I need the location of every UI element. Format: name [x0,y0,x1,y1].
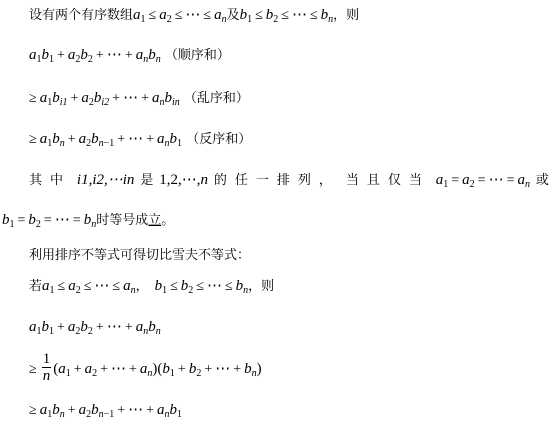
chebyshev-reverse-sum: ≥a1bn+a2bn−1+⋯+anb1 [29,401,182,420]
chebyshev-intro-line: 利用排序不等式可得切比雪夫不等式： [29,247,250,265]
term-anb1: anb1 [157,402,182,418]
chebyshev-ordered-sum: a1b1+a2b2+⋯+anbn [29,318,161,337]
math-b1: b1 [240,7,253,23]
le-symbol: ≤ [170,279,178,294]
random-sum-line: ≥a1bi1+a2bi2+⋯+anbin （乱序和） [29,89,249,108]
term-a2bn-1: a2bn−1 [79,131,115,147]
permutation-line: 其中 i1,i2,⋯in 是 1,2,⋯,n 的任一排列， 当且仅当 a1=a2… [29,171,549,190]
cdots-symbol: ⋯ [128,131,143,147]
math-b1: b1 [155,278,168,294]
cdots-symbol: ⋯ [94,278,109,294]
period: 。 [161,213,174,228]
one-over-n-fraction: 1n [42,351,52,384]
math-an: an [140,361,153,377]
math-a1: a1 [58,361,71,377]
chebyshev-premise-line: 若a1≤a2≤⋯≤an，b1≤b2≤⋯≤bn，则 [29,277,274,296]
term-a1bn: a1bn [40,131,65,147]
plus-symbol: + [129,362,137,377]
math-a2: a2 [68,278,81,294]
le-symbol: ≤ [149,8,157,23]
random-sum-label: （乱序和） [184,91,249,106]
le-symbol: ≤ [84,279,92,294]
term-anbin: anbin [152,90,180,106]
math-an: an [517,172,530,188]
ge-symbol: ≥ [29,132,37,147]
equality-text-underlined: 立 [148,213,161,228]
math-a1: a1 [133,7,146,23]
term-a1bn: a1bn [40,402,65,418]
plus-symbol: + [74,362,82,377]
term-anb1: anb1 [157,131,182,147]
term-a1b1: a1b1 [29,319,54,335]
cdots-symbol: ⋯ [107,319,122,335]
math-an: an [214,7,227,23]
math-bn: bn [84,212,97,228]
eq-symbol: = [18,213,26,228]
cdots-symbol: ⋯ [185,7,200,23]
ordered-sum-line: a1b1+a2b2+⋯+anbn （顺序和） [29,46,230,65]
is-text: 是 [140,172,153,190]
plus-symbol: + [57,48,65,63]
fraction-numerator: 1 [42,351,52,368]
math-b1: b1 [162,361,175,377]
le-symbol: ≤ [175,8,183,23]
premise-text: 设有两个有序数组 [29,8,133,23]
chebyshev-mean-product: ≥1n(a1+a2+⋯+an)(b1+b2+⋯+bn) [29,352,262,387]
math-a1: a1 [42,278,55,294]
term-a1b1: a1b1 [29,47,54,63]
fraction-denominator: n [42,368,52,384]
plus-symbol: + [141,91,149,106]
eq-symbol: = [451,173,459,188]
cdots-symbol: ⋯ [292,7,307,23]
eq-symbol: = [507,173,515,188]
term-anbn: anbn [136,47,161,63]
ge-symbol: ≥ [29,403,37,418]
eq-symbol: = [73,213,81,228]
chebyshev-intro-text: 利用排序不等式可得切比雪夫不等式： [29,248,250,263]
le-symbol: ≤ [58,279,66,294]
plus-symbol: + [204,362,212,377]
le-symbol: ≤ [203,8,211,23]
reverse-sum-label: （反序和） [186,132,251,147]
plus-symbol: + [178,362,186,377]
index-set: 1,2,⋯, [159,172,200,188]
math-an: an [123,278,136,294]
plus-symbol: + [96,320,104,335]
and-text: 及 [227,8,240,23]
plus-symbol: + [233,362,241,377]
le-symbol: ≤ [255,8,263,23]
ge-symbol: ≥ [29,362,37,377]
cdots-symbol: ⋯ [489,172,504,188]
math-b2: b2 [266,7,279,23]
le-symbol: ≤ [112,279,120,294]
eq-symbol: = [478,173,486,188]
le-symbol: ≤ [196,279,204,294]
plus-symbol: + [125,320,133,335]
plus-symbol: + [100,362,108,377]
premise-line: 设有两个有序数组a1≤a2≤⋯≤an及b1≤b2≤⋯≤bn，则 [29,6,359,25]
plus-symbol: + [117,132,125,147]
cdots-symbol: ⋯ [107,47,122,63]
le-symbol: ≤ [225,279,233,294]
ordered-sum-label: （顺序和） [165,48,230,63]
math-bn: bn [244,361,257,377]
math-a1: a1 [436,172,449,188]
then-text: ，则 [248,279,274,294]
cdots-symbol: ⋯ [215,361,230,377]
permutation-vars: i1,i2,⋯in [77,171,135,189]
plus-symbol: + [68,132,76,147]
math-n: n [201,172,209,188]
permutation-desc: 的任一排列， [214,172,340,190]
plus-symbol: + [112,91,120,106]
where-text: 其中 [29,172,71,190]
if-text: 若 [29,279,42,294]
eq-symbol: = [44,213,52,228]
term-a1bi1: a1bi1 [40,90,68,106]
math-b2: b2 [181,278,194,294]
math-bn: bn [236,278,249,294]
or-text: 或 [536,172,549,190]
plus-symbol: + [146,403,154,418]
plus-symbol: + [125,48,133,63]
le-symbol: ≤ [310,8,318,23]
le-symbol: ≤ [281,8,289,23]
math-a2: a2 [159,7,172,23]
right-paren: ) [257,361,262,377]
plus-symbol: + [68,403,76,418]
math-bn: bn [321,7,334,23]
cdots-symbol: ⋯ [123,90,138,106]
separator: ， [136,279,149,294]
equality-text: 时等号成 [96,213,148,228]
cdots-symbol: ⋯ [207,278,222,294]
plus-symbol: + [117,403,125,418]
math-a2: a2 [462,172,475,188]
cdots-symbol: ⋯ [128,402,143,418]
reverse-sum-line: ≥a1bn+a2bn−1+⋯+anb1 （反序和） [29,130,251,149]
math-b2: b2 [189,361,202,377]
term-a2bi2: a2bi2 [81,90,109,106]
math-b2: b2 [28,212,41,228]
cdots-symbol: ⋯ [55,212,70,228]
term-a2b2: a2b2 [68,319,93,335]
ge-symbol: ≥ [29,91,37,106]
cdots-symbol: ⋯ [111,361,126,377]
plus-symbol: + [96,48,104,63]
term-a2bn-1: a2bn−1 [79,402,115,418]
term-anbn: anbn [136,319,161,335]
plus-symbol: + [146,132,154,147]
then-text: ，则 [333,8,359,23]
plus-symbol: + [57,320,65,335]
equality-condition-line: b1=b2=⋯=bn时等号成立。 [2,211,174,230]
iff-text: 当且仅当 [346,172,430,190]
math-b1: b1 [2,212,15,228]
plus-symbol: + [70,91,78,106]
term-a2b2: a2b2 [68,47,93,63]
math-a2: a2 [85,361,98,377]
